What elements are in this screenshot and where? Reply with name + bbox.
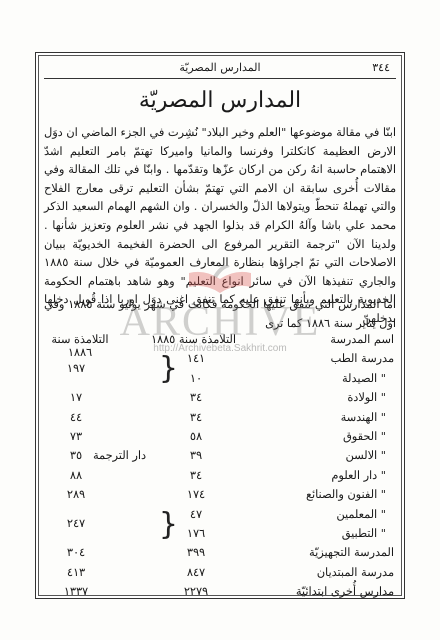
- school-name: " المعلمين: [336, 508, 386, 521]
- students-1885: ٢٢٧٩: [176, 585, 216, 598]
- students-1886: ١٧: [56, 391, 96, 404]
- students-1886: ٤٤: [56, 411, 96, 424]
- running-title: المدارس المصريّة: [44, 61, 396, 74]
- school-name: " الحقوق: [343, 430, 386, 443]
- students-1886: ٢٨٩: [56, 488, 96, 501]
- students-1886: ٧٣: [56, 430, 96, 443]
- students-1885: ١٧٤: [176, 488, 216, 501]
- brace-icon: {: [159, 354, 178, 384]
- school-name: " الولادة: [347, 391, 386, 404]
- students-1885: ٨٤٧: [176, 566, 216, 579]
- table-row: " الحقوق٥٨٧٣: [44, 430, 396, 449]
- students-1886: ٤١٣: [56, 566, 96, 579]
- school-name: " الصيدلة: [342, 372, 386, 385]
- school-name: المدرسة التجهيزيّة: [309, 546, 394, 559]
- running-head: ٣٤٤ المدارس المصريّة: [44, 60, 396, 79]
- article-heading: المدارس المصريّة: [44, 88, 396, 113]
- school-name: " دار العلوم: [331, 469, 386, 482]
- table-row: " دار العلوم٣٤٨٨: [44, 469, 396, 488]
- school-name: " الالسن: [346, 449, 387, 462]
- students-1885: ٣٩٩: [176, 546, 216, 559]
- school-name: مدارس أُخرى ابتدائيّة: [296, 585, 394, 598]
- students-1885: ١٤١: [176, 352, 216, 365]
- merged-students-1886: ٢٤٧: [56, 517, 96, 530]
- students-1885: ٣٤: [176, 411, 216, 424]
- students-1885: ٣٩: [176, 449, 216, 462]
- students-1886: ٣٠٤: [56, 546, 96, 559]
- merged-students-1886: ١٩٧: [56, 362, 96, 375]
- table-row: المدرسة التجهيزيّة٣٩٩٣٠٤: [44, 546, 396, 565]
- table-row: مدارس أُخرى ابتدائيّة٢٢٧٩١٣٣٧: [44, 585, 396, 604]
- table-row: مدرسة الطب١٤١: [44, 352, 396, 371]
- table-row: " الفنون والصنائع١٧٤٢٨٩: [44, 488, 396, 507]
- school-note: دار الترجمة: [93, 449, 146, 462]
- students-1885: ٥٨: [176, 430, 216, 443]
- table-row: مدرسة المبتديان٨٤٧٤١٣: [44, 566, 396, 585]
- table-body: مدرسة الطب١٤١" الصيدلة١٠" الولادة٣٤١٧" ا…: [44, 352, 396, 604]
- table-row: " الالسن٣٩دار الترجمة٣٥: [44, 449, 396, 468]
- brace-icon: {: [159, 510, 178, 540]
- school-name: " الهندسة: [341, 411, 386, 424]
- table-row: " المعلمين٤٧: [44, 508, 396, 527]
- students-1885: ١٧٦: [176, 527, 216, 540]
- students-1885: ٣٤: [176, 391, 216, 404]
- students-1886: ٨٨: [56, 469, 96, 482]
- table-header-row: اسم المدرسة التلامذة سنة ١٨٨٥ التلامذة س…: [44, 333, 396, 352]
- header-students-1885: التلامذة سنة ١٨٨٥: [151, 333, 236, 346]
- table-row: " الصيدلة١٠: [44, 372, 396, 391]
- header-school-name: اسم المدرسة: [330, 333, 394, 346]
- students-1885: ٣٤: [176, 469, 216, 482]
- table-row: " التطبيق١٧٦: [44, 527, 396, 546]
- school-name: مدرسة الطب: [331, 352, 395, 365]
- school-name: " التطبيق: [342, 527, 386, 540]
- paragraph-schools: اما المدارس التي تنفق عليها الحكومة فكان…: [44, 296, 396, 333]
- students-1886: ١٣٣٧: [56, 585, 96, 598]
- schools-table: اسم المدرسة التلامذة سنة ١٨٨٥ التلامذة س…: [44, 333, 396, 604]
- table-row: " الولادة٣٤١٧: [44, 391, 396, 410]
- students-1885: ٤٧: [176, 508, 216, 521]
- students-1886: ٣٥: [56, 449, 96, 462]
- school-name: مدرسة المبتديان: [317, 566, 394, 579]
- school-name: " الفنون والصنائع: [306, 488, 386, 501]
- students-1885: ١٠: [176, 372, 216, 385]
- table-row: " الهندسة٣٤٤٤: [44, 411, 396, 430]
